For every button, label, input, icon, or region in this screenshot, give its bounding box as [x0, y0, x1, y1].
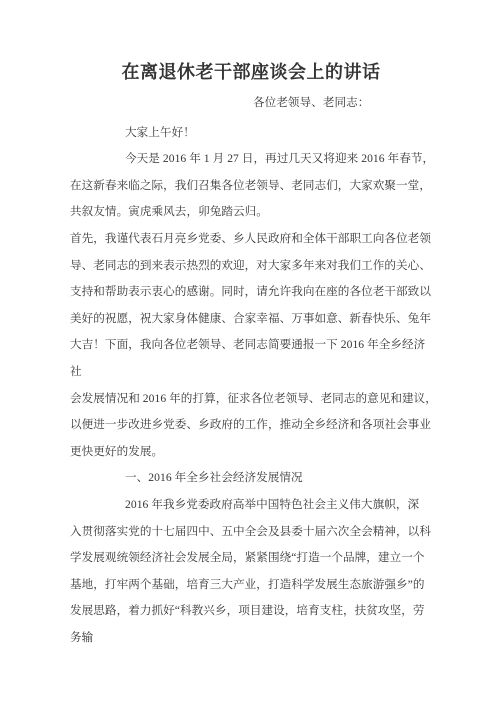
text-line: 务输 — [70, 625, 434, 652]
document-body: 各位老领导、老同志：大家上午好！今天是 2016 年 1 月 27 日，再过几天… — [70, 90, 434, 651]
text-line: 以便进一步改进乡党委、乡政府的工作，推动全乡经济和各项社会事业 — [70, 412, 434, 439]
text-line: 更快更好的发展。 — [70, 439, 434, 466]
text-line: 一、2016 年全乡社会经济发展情况 — [70, 465, 434, 492]
text-line: 基地，打牢两个基础，培育三大产业，打造科学发展生态旅游强乡”的 — [70, 572, 434, 599]
text-line: 各位老领导、老同志： — [70, 90, 434, 117]
text-line: 会发展情况和 2016 年的打算，征求各位老领导、老同志的意见和建议， — [70, 386, 434, 413]
text-line: 首先，我谨代表石月亮乡党委、乡人民政府和全体干部职工向各位老领 — [70, 226, 434, 253]
text-line: 大吉！下面，我向各位老领导、老同志简要通报一下 2016 年全乡经济 — [70, 332, 434, 359]
document-page: 在离退休老干部座谈会上的讲话 各位老领导、老同志：大家上午好！今天是 2016 … — [0, 0, 500, 708]
text-line: 社 — [70, 359, 434, 386]
document-title: 在离退休老干部座谈会上的讲话 — [70, 58, 432, 86]
text-line: 发展思路，着力抓好“科教兴乡，项目建设，培育支柱，扶贫攻坚，劳 — [70, 598, 434, 625]
text-line: 入贯彻落实党的十七届四中、五中全会及县委十届六次全会精神，以科 — [70, 519, 434, 546]
text-line: 2016 年我乡党委政府高举中国特色社会主义伟大旗帜，深 — [70, 492, 434, 519]
text-line: 美好的祝愿，祝大家身体健康、合家幸福、万事如意、新春快乐、兔年 — [70, 306, 434, 333]
text-line: 在这新春来临之际，我们召集各位老领导、老同志们，大家欢聚一堂， — [70, 173, 434, 200]
text-line: 导、老同志的到来表示热烈的欢迎，对大家多年来对我们工作的关心、 — [70, 253, 434, 280]
text-line: 共叙友情。寅虎乘风去，卯兔踏云归。 — [70, 199, 434, 226]
text-line: 支持和帮助表示衷心的感谢。同时，请允许我向在座的各位老干部致以 — [70, 279, 434, 306]
text-line: 大家上午好！ — [70, 120, 434, 147]
text-line: 学发展观统领经济社会发展全局，紧紧围绕“打造一个品牌，建立一个 — [70, 545, 434, 572]
text-line: 今天是 2016 年 1 月 27 日，再过几天又将迎来 2016 年春节， — [70, 146, 434, 173]
